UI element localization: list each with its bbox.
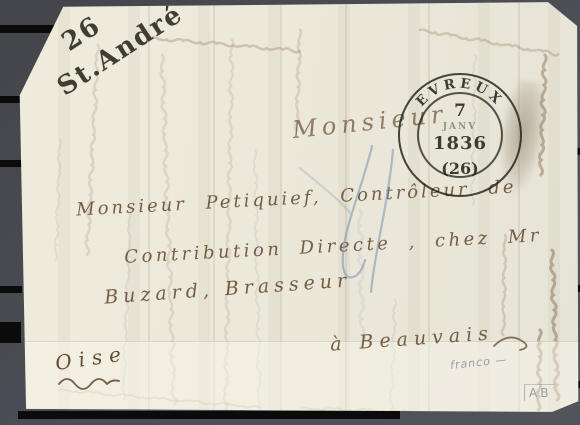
album-bar (0, 286, 22, 293)
origin-handstamp: 26 St.André (32, 0, 190, 105)
datestamp-month: JANV (398, 122, 522, 132)
photo-background: 26 St.André Monsieur EVREUX 7 (0, 0, 580, 425)
album-bar (0, 322, 21, 343)
address-line-3: Buzard, Brasseur (104, 269, 352, 308)
datestamp-department: (26) (398, 159, 522, 178)
pencil-initials: AB (524, 384, 555, 401)
datestamp-day: 7 (398, 101, 522, 121)
letter-cover: 26 St.André Monsieur EVREUX 7 (0, 0, 580, 425)
address-line-2: Contribution Directe , chez Mr (124, 225, 543, 268)
datestamp-year: 1836 (398, 133, 522, 154)
album-bar (0, 160, 22, 167)
circular-datestamp: EVREUX 7 JANV 1836 (26) (398, 73, 522, 197)
beauvais-flourish (492, 334, 538, 354)
oise-flourish (57, 376, 127, 392)
album-bar (18, 411, 400, 419)
